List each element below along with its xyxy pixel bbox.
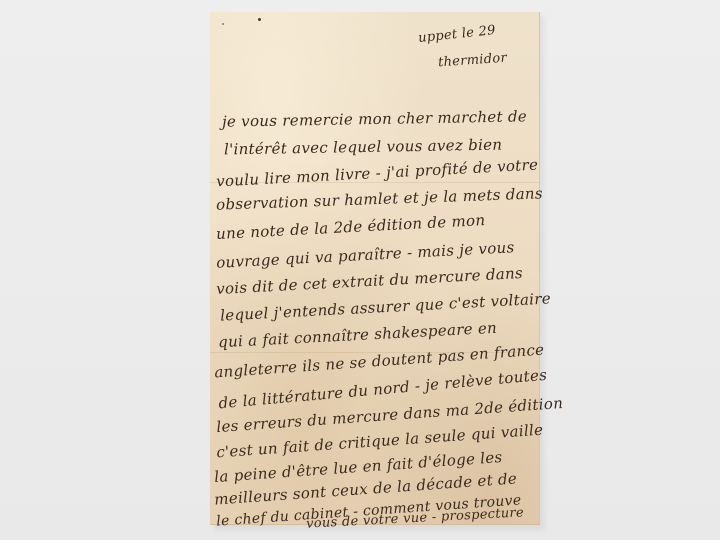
body-line: je vous remercie mon cher marchet de: [222, 109, 527, 129]
body-line: voulu lire mon livre - j'ai profité de v…: [216, 158, 539, 190]
date-line-1: uppet le 29: [418, 24, 497, 45]
body-line: lequel j'entends assurer que c'est volta…: [220, 291, 551, 323]
date-line-2: thermidor: [438, 52, 508, 70]
body-line: une note de la 2de édition de mon: [216, 213, 486, 242]
body-line: observation sur hamlet et je la mets dan…: [216, 186, 543, 212]
body-line: l'intérêt avec lequel vous avez bien: [224, 138, 503, 158]
ink-spot: [222, 23, 224, 25]
letter-page: uppet le 29 thermidor je vous remercie m…: [210, 12, 540, 525]
ink-spot: [258, 18, 261, 21]
photo-background: uppet le 29 thermidor je vous remercie m…: [0, 0, 720, 540]
